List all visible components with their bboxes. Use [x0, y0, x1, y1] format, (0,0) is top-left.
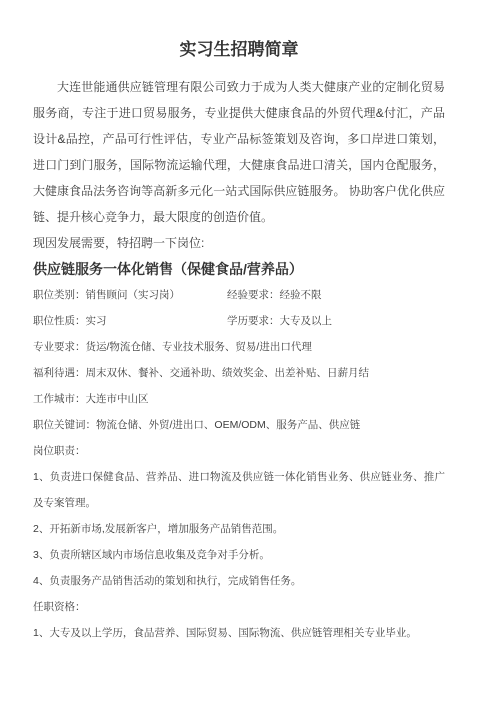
job-category-value: 销售顾问（实习岗） [86, 289, 181, 301]
responsibility-item-1: 1、负责进口保健食品、营养品、进口物流及供应链一体化销售业务、供应链业务、推广及… [33, 464, 445, 516]
job-keywords-label: 职位关键词： [33, 419, 96, 431]
responsibilities-heading: 岗位职责： [33, 438, 445, 464]
education-requirement-field: 学历要求：大专及以上 [227, 308, 445, 334]
benefits-label: 福利待遇： [33, 367, 86, 379]
benefits-value: 周末双休、餐补、交通补助、绩效奖金、出差补贴、日薪月结 [86, 367, 370, 379]
responsibility-item-3: 3、负责所辖区域内市场信息收集及竞争对手分析。 [33, 542, 445, 568]
education-requirement-label: 学历要求： [227, 315, 280, 327]
major-requirement-field: 专业要求：货运/物流仓储、专业技术服务、贸易/进出口代理 [33, 334, 445, 360]
job-position-title: 供应链服务一体化销售（保健食品/营养品） [33, 256, 445, 282]
document-page: 实习生招聘简章 大连世能通供应链管理有限公司致力于成为人类大健康产业的定制化贸易… [0, 38, 478, 646]
job-nature-label: 职位性质： [33, 315, 86, 327]
experience-requirement-field: 经验要求：经验不限 [227, 282, 445, 308]
page-title: 实习生招聘简章 [33, 38, 445, 62]
job-nature-value: 实习 [86, 315, 107, 327]
work-city-label: 工作城市： [33, 393, 86, 405]
responsibility-item-2: 2、开拓新市场,发展新客户，增加服务产品销售范围。 [33, 516, 445, 542]
company-intro-paragraph: 大连世能通供应链管理有限公司致力于成为人类大健康产业的定制化贸易服务商，专注于进… [33, 74, 445, 230]
job-nature-field: 职位性质：实习 [33, 308, 227, 334]
benefits-field: 福利待遇：周末双休、餐补、交通补助、绩效奖金、出差补贴、日薪月结 [33, 360, 445, 386]
job-keywords-field: 职位关键词：物流仓储、外贸/进出口、OEM/ODM、服务产品、供应链 [33, 412, 445, 438]
job-keywords-value: 物流仓储、外贸/进出口、OEM/ODM、服务产品、供应链 [96, 419, 360, 431]
recruitment-notice-line: 现因发展需要，特招聘一下岗位: [33, 230, 445, 256]
job-category-field: 职位类别：销售顾问（实习岗） [33, 282, 227, 308]
major-requirement-value: 货运/物流仓储、专业技术服务、贸易/进出口代理 [86, 341, 312, 353]
work-city-value: 大连市中山区 [86, 393, 149, 405]
qualification-item-1: 1、大专及以上学历，食品营养、国际贸易、国际物流、供应链管理相关专业毕业。 [33, 620, 445, 646]
responsibility-item-4: 4、负责服务产品销售活动的策划和执行，完成销售任务。 [33, 568, 445, 594]
education-requirement-value: 大专及以上 [280, 315, 333, 327]
job-category-label: 职位类别： [33, 289, 86, 301]
qualifications-heading: 任职资格： [33, 594, 445, 620]
experience-requirement-value: 经验不限 [280, 289, 322, 301]
major-requirement-label: 专业要求： [33, 341, 86, 353]
attribute-pair-row: 职位性质：实习 学历要求：大专及以上 [33, 308, 445, 334]
attribute-pair-row: 职位类别：销售顾问（实习岗） 经验要求：经验不限 [33, 282, 445, 308]
experience-requirement-label: 经验要求： [227, 289, 280, 301]
work-city-field: 工作城市：大连市中山区 [33, 386, 445, 412]
